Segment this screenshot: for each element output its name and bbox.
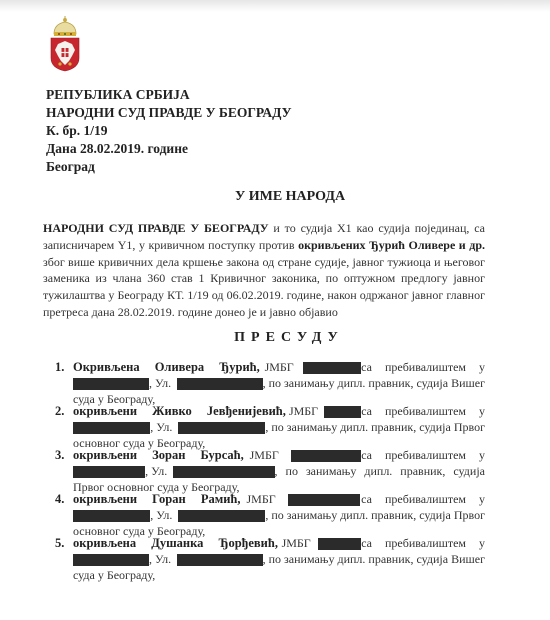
defendant-number: 5. xyxy=(55,536,64,551)
court-header: РЕПУБЛИКА СРБИЈА НАРОДНИ СУД ПРАВДЕ У БЕ… xyxy=(46,86,292,176)
heading-in-the-name-of-people: У ИМЕ НАРОДА xyxy=(0,189,550,205)
redacted-street xyxy=(173,466,275,478)
jmbg-label: ЈМБГ xyxy=(250,447,279,464)
header-case-number: К. бр. 1/19 xyxy=(46,122,292,140)
header-country: РЕПУБЛИКА СРБИЈА xyxy=(46,86,292,104)
residence-label: са пребивалиштем у xyxy=(361,491,485,508)
residence-label: са пребивалиштем у xyxy=(361,447,485,464)
street-label: , Ул. xyxy=(150,419,172,436)
street-label: , Ул. xyxy=(145,463,167,480)
defendant-name: Окривљена Оливера Ђурић, xyxy=(73,359,260,376)
defendant-name: окривљени Зоран Бурсаћ, xyxy=(73,447,244,464)
defendant-item: 5. окривљена Душанка Ђорђевић, ЈМБГ са п… xyxy=(55,533,485,577)
redacted-street xyxy=(178,510,265,522)
street-label: , Ул. xyxy=(150,507,172,524)
redacted-residence xyxy=(73,554,149,566)
defendant-item: 3. окривљени Зоран Бурсаћ, ЈМБГ са преби… xyxy=(55,445,485,489)
redacted-jmbg xyxy=(324,406,361,418)
heading-verdict: ПРЕСУДУ xyxy=(0,330,550,346)
intro-court-name: НАРОДНИ СУД ПРАВДЕ У БЕОГРАДУ xyxy=(43,221,269,235)
header-court: НАРОДНИ СУД ПРАВДЕ У БЕОГРАДУ xyxy=(46,104,292,122)
redacted-residence xyxy=(73,510,150,522)
residence-label: са пребивалиштем у xyxy=(361,535,485,552)
residence-label: са пребивалиштем у xyxy=(361,403,485,420)
redacted-jmbg xyxy=(291,450,362,462)
page-top-shadow xyxy=(0,0,550,12)
redacted-street xyxy=(178,422,265,434)
redacted-jmbg xyxy=(318,538,361,550)
redacted-residence xyxy=(73,378,149,390)
header-city: Београд xyxy=(46,158,292,176)
residence-label: са пребивалиштем у xyxy=(361,359,485,376)
jmbg-label: ЈМБГ xyxy=(289,403,318,420)
redacted-street xyxy=(177,554,263,566)
defendant-number: 3. xyxy=(55,448,64,463)
intro-paragraph: НАРОДНИ СУД ПРАВДЕ У БЕОГРАДУ и то судиј… xyxy=(43,220,485,321)
defendant-name: окривљени Горан Рамић, xyxy=(73,491,241,508)
defendant-item: 2. окривљени Живко Јевђенијевић, ЈМБГ са… xyxy=(55,401,485,445)
defendant-item: 1. Окривљена Оливера Ђурић, ЈМБГ са преб… xyxy=(55,357,485,401)
redacted-residence xyxy=(73,466,145,478)
street-label: , Ул. xyxy=(149,375,171,392)
redacted-jmbg xyxy=(303,362,361,374)
defendant-number: 1. xyxy=(55,360,64,375)
defendant-number: 4. xyxy=(55,492,64,507)
street-label: , Ул. xyxy=(149,551,171,568)
redacted-jmbg xyxy=(288,494,360,506)
serbian-coat-of-arms-icon xyxy=(48,14,82,72)
defendant-item: 4. окривљени Горан Рамић, ЈМБГ са пребив… xyxy=(55,489,485,533)
intro-defendants: окривљених Ђурић Оливере и др. xyxy=(298,238,485,252)
occupation-text: , по занимању дипл. правник, судија xyxy=(275,463,485,480)
jmbg-label: ЈМБГ xyxy=(265,359,294,376)
occupation-text: , по занимању дипл. правник, судија Више… xyxy=(263,375,485,392)
defendant-name: окривљени Живко Јевђенијевић, xyxy=(73,403,286,420)
intro-text-b: због више кривичних дела кршење закона о… xyxy=(43,255,485,319)
defendant-number: 2. xyxy=(55,404,64,419)
defendant-name: окривљена Душанка Ђорђевић, xyxy=(73,535,278,552)
jmbg-label: ЈМБГ xyxy=(247,491,276,508)
occupation-text: , по занимању дипл. правник, судија Прво… xyxy=(265,419,485,436)
redacted-residence xyxy=(73,422,150,434)
header-date: Дана 28.02.2019. године xyxy=(46,140,292,158)
occupation-text: , по занимању дипл. правник, судија Прво… xyxy=(265,507,485,524)
defendants-list: 1. Окривљена Оливера Ђурић, ЈМБГ са преб… xyxy=(55,357,485,577)
jmbg-label: ЈМБГ xyxy=(282,535,311,552)
redacted-street xyxy=(177,378,263,390)
occupation-text: , по занимању дипл. правник, судија Више… xyxy=(263,551,485,568)
court-continuation: суда у Београду, xyxy=(73,567,485,584)
